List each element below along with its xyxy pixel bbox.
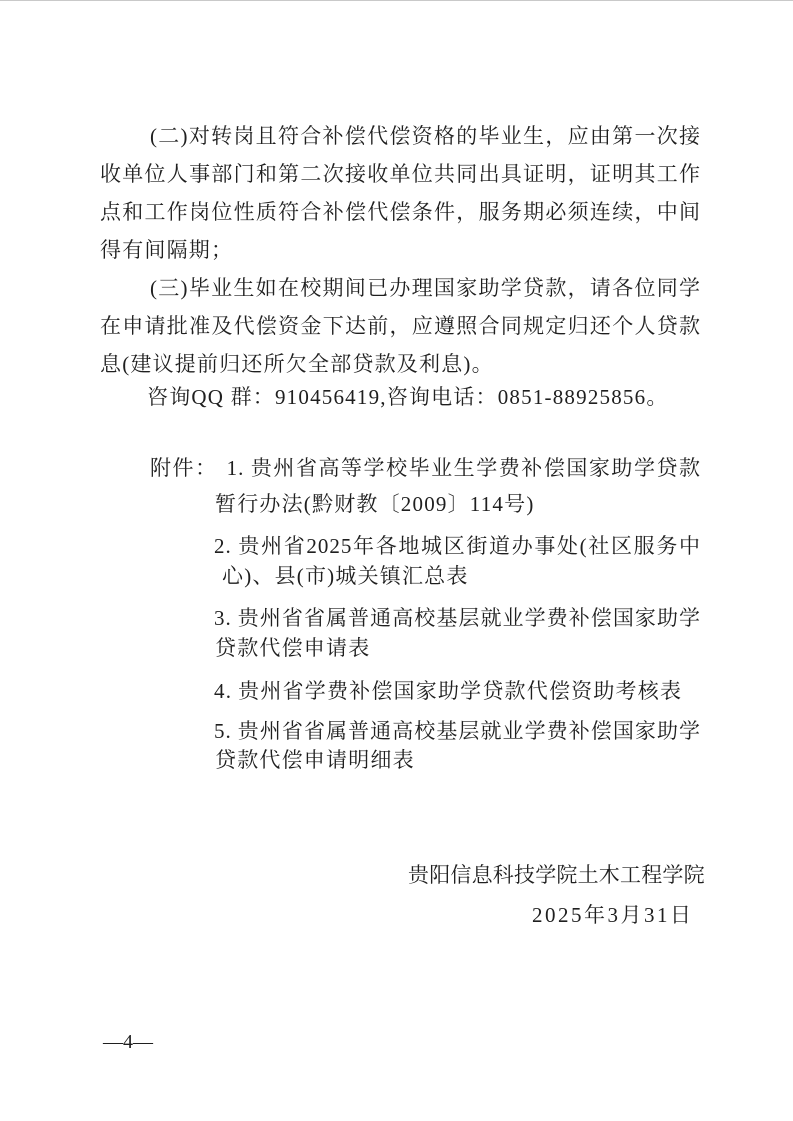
paragraph-2-line-4: 得有间隔期； <box>100 231 233 269</box>
attachment-item-1-line-1: 附件：1.贵州省高等学校毕业生学费补偿国家助学贷款代偿 <box>150 449 701 487</box>
page-number: —4— <box>103 1023 153 1061</box>
contact-info-line: 咨询QQ 群：910456419,咨询电话：0851-88925856。 <box>147 378 669 416</box>
attachment-item-4-number: 4. <box>214 679 232 703</box>
attachment-item-3-title: 贵州省省属普通高校基层就业学费补偿国家助学 <box>238 606 701 630</box>
paragraph-3-line-2: 在申请批准及代偿资金下达前，应遵照合同规定归还个人贷款本 <box>100 307 701 345</box>
attachment-item-5-line-2: 贷款代偿申请明细表 <box>215 741 415 779</box>
attachment-item-2-title: 贵州省2025年各地城区街道办事处(社区服务中 <box>238 534 701 558</box>
attachment-item-4-title: 贵州省学费补偿国家助学贷款代偿资助考核表 <box>238 679 682 703</box>
paragraph-2-line-3: 点和工作岗位性质符合补偿代偿条件，服务期必须连续，中间不 <box>100 193 701 231</box>
attachment-item-2-number: 2. <box>214 534 232 558</box>
attachment-item-3-line-2: 贷款代偿申请表 <box>215 629 370 667</box>
attachment-item-5-number: 5. <box>214 719 232 743</box>
signature-organization: 贵阳信息科技学院土木工程学院 <box>408 856 705 894</box>
attachment-item-1-line-2: 暂行办法(黔财教〔2009〕114号) <box>215 485 535 523</box>
paragraph-2-line-2: 收单位人事部门和第二次接收单位共同出具证明，证明其工作地 <box>100 155 701 193</box>
signature-date: 2025年3月31日 <box>532 896 694 934</box>
attachment-item-3-number: 3. <box>214 606 232 630</box>
paragraph-2-line-1: (二)对转岗且符合补偿代偿资格的毕业生，应由第一次接 <box>150 117 701 155</box>
document-page: (二)对转岗且符合补偿代偿资格的毕业生，应由第一次接 收单位人事部门和第二次接收… <box>0 0 793 1121</box>
attachment-item-4-line-1: 4.贵州省学费补偿国家助学贷款代偿资助考核表 <box>214 672 682 710</box>
attachment-item-1-number: 1. <box>227 456 245 480</box>
paragraph-3-line-1: (三)毕业生如在校期间已办理国家助学贷款，请各位同学 <box>150 269 701 307</box>
attachment-item-2-line-2: 心)、县(市)城关镇汇总表 <box>222 557 469 595</box>
attachment-item-5-title: 贵州省省属普通高校基层就业学费补偿国家助学 <box>238 719 701 743</box>
attachments-label: 附件： <box>150 456 218 480</box>
